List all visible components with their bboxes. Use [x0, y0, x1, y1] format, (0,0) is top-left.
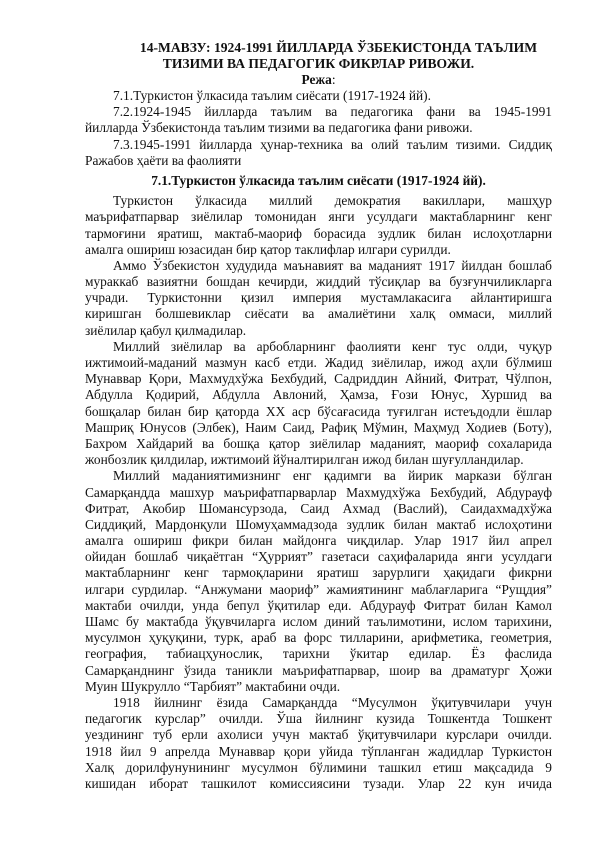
paragraph-4-line: мактаби очилди, унда бепул ўқитилар еди.…: [85, 598, 552, 614]
paragraph-5-line: педагогик курслар” очилди. Ўша йилнинг к…: [85, 711, 552, 727]
plan-item-3-line: Ражабов ҳаёти ва фаолияти: [85, 153, 552, 169]
paragraph-2-line: учради. Туркистонни қизил империя мустам…: [85, 290, 552, 306]
paragraph-1-line: амалга ошириш юзасидан бир қатор таклифл…: [85, 242, 552, 258]
plan-item-3-line: 7.3.1945-1991 йилларда ҳунар-техника ва …: [85, 137, 552, 153]
plan-item-2-line: йилларда Ўзбекистонда таълим тизими ва п…: [85, 120, 552, 136]
paragraph-4-line: мактабларнинг кенг тармоқларини яратиш з…: [85, 565, 552, 581]
paragraph-4-line: мусулмон ҳуқуқини, турк, араб ва форс ти…: [85, 630, 552, 646]
paragraph-5-line: 1918 йилнинг ёзида Самарқандда “Мусулмон…: [85, 695, 552, 711]
paragraph-5-line: 1918 йил 9 апрелда Мунаввар қори уйида т…: [85, 744, 552, 760]
paragraph-4-line: Самарқандда машхур маърифатпарварлар Мах…: [85, 485, 552, 501]
paragraph-4-line: Самарқанднинг ўзида таникли маърифатпарв…: [85, 663, 552, 679]
paragraph-3-line: ижтимоий-маданий мазмун касб етди. Жадид…: [85, 355, 552, 371]
paragraph-3-line: Мунаввар Қори, Махмудхўжа Бехбудий, Садр…: [85, 371, 552, 387]
paragraph-1-line: Туркистон ўлкасида миллий демократия вак…: [85, 193, 552, 209]
paragraph-5-line: уездининг туб ерли ахолиси учун мактаб ў…: [85, 727, 552, 743]
paragraph-2-line: зиёлилар қабул қилмадилар.: [85, 323, 552, 339]
paragraph-5-line: кишидан иборат ташкилот комиссиясини туз…: [85, 776, 552, 792]
paragraph-4-line: ойидан бошлаб чиқаётган “Ҳуррият” газета…: [85, 549, 552, 565]
paragraph-4-line: илгари сурдилар. “Анжумани маориф” жамия…: [85, 582, 552, 598]
paragraph-4-line: Шамс бу мактабда ўқувчиларга ислом диний…: [85, 614, 552, 630]
plan-label: Режа: [301, 72, 331, 87]
document-body: 7.1.Туркистон ўлкасида таълим сиёсати (1…: [85, 88, 552, 792]
paragraph-4-line: Сиддиқий, Мардонқули Шомуҳаммадзода зудл…: [85, 517, 552, 533]
document-page: 14-МАВЗУ: 1924-1991 ЙИЛЛАРДА ЎЗБЕКИСТОНД…: [0, 0, 596, 842]
paragraph-3-line: Абдулла Қодирий, Абдулла Авлоний, Ҳамза,…: [85, 387, 552, 403]
paragraph-5-line: Халқ дорилфунунининг мусулмон бўлимини т…: [85, 760, 552, 776]
paragraph-4-line: амалга ошириш фикри билан майдонга чиқди…: [85, 533, 552, 549]
plan-item-2-line: 7.2.1924-1945 йилларда таълим ва педагог…: [85, 104, 552, 120]
paragraph-4-line: география, табиацҳунослик, тарихни ўкита…: [85, 646, 552, 662]
paragraph-3-line: Машриқ Юнусов (Элбек), Наим Саид, Рафиқ …: [85, 420, 552, 436]
paragraph-4-line: Миллий маданиятимизнинг енг қадимги ва й…: [85, 468, 552, 484]
paragraph-1-line: тармоғини яратиш, мактаб-маориф борасида…: [85, 226, 552, 242]
paragraph-3-line: бошқалар билан бир қаторда ХХ аср бўсаға…: [85, 404, 552, 420]
paragraph-3-line: жонбозлик қилдилар, ижтимоий йўналтирилг…: [85, 452, 552, 468]
paragraph-2-line: Аммо Ўзбекистон худудида маънавият ва ма…: [85, 258, 552, 274]
title-line-1: 14-МАВЗУ: 1924-1991 ЙИЛЛАРДА ЎЗБЕКИСТОНД…: [85, 40, 552, 56]
page-title: 14-МАВЗУ: 1924-1991 ЙИЛЛАРДА ЎЗБЕКИСТОНД…: [85, 40, 552, 72]
paragraph-3-line: Бахром Хайдарий ва бошқа қатор зиёлилар …: [85, 436, 552, 452]
paragraph-3-line: Миллий зиёлилар ва арбобларнинг фаолияти…: [85, 339, 552, 355]
paragraph-1-line: маърифатпарвар зиёлилар томонидан янги у…: [85, 209, 552, 225]
paragraph-4-line: Фитрат, Акобир Шомансурзода, Саид Ахмад …: [85, 501, 552, 517]
section-heading: 7.1.Туркистон ўлкасида таълим сиёсати (1…: [85, 173, 552, 189]
paragraph-2-line: киришган болшевиклар сиёсати ва амалиёти…: [85, 306, 552, 322]
paragraph-4-line: Муин Шукрулло “Тарбият” мактабини очди.: [85, 679, 552, 695]
plan-colon: :: [332, 72, 336, 87]
plan-heading: Режа:: [85, 72, 552, 88]
title-line-2: ТИЗИМИ ВА ПЕДАГОГИК ФИКРЛАР РИВОЖИ.: [85, 56, 552, 72]
paragraph-2-line: мураккаб вазиятни бошдан кечирди, жиддий…: [85, 274, 552, 290]
plan-item-1-line: 7.1.Туркистон ўлкасида таълим сиёсати (1…: [85, 88, 552, 104]
